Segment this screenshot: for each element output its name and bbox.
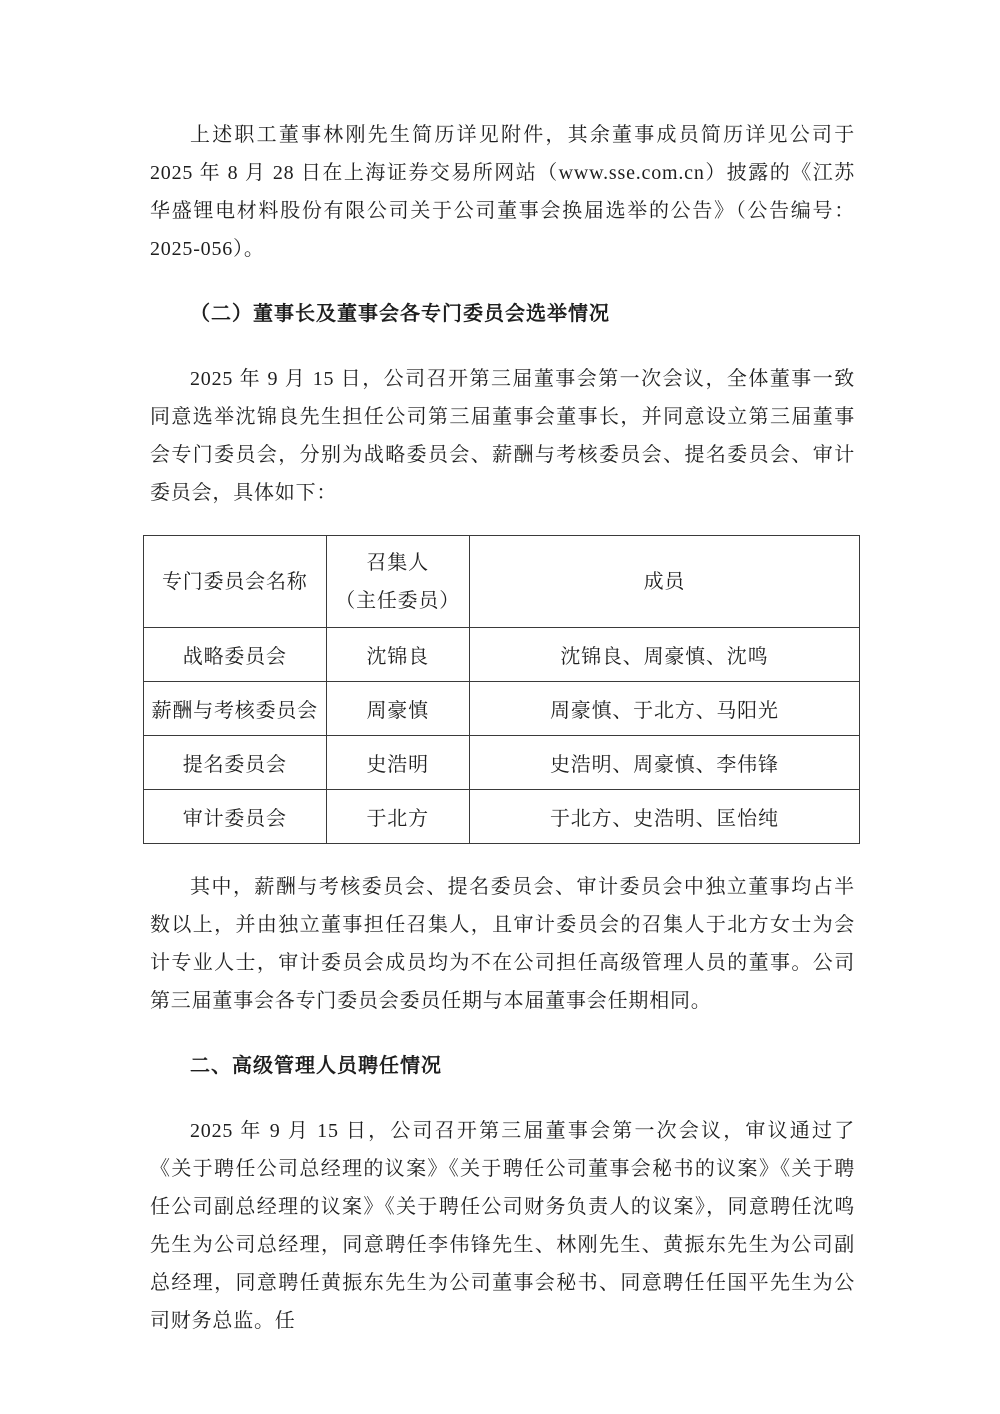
cell-convener: 沈锦良 — [326, 628, 469, 682]
cell-convener: 于北方 — [326, 790, 469, 844]
intro-paragraph: 上述职工董事林刚先生简历详见附件，其余董事成员简历详见公司于 2025 年 8 … — [150, 116, 855, 268]
header-cell-convener: 召集人 （主任委员） — [326, 536, 469, 628]
cell-committee-name: 薪酬与考核委员会 — [144, 682, 327, 736]
table-row-strategy-committee: 战略委员会 沈锦良 沈锦良、周豪慎、沈鸣 — [144, 628, 860, 682]
cell-members: 周豪慎、于北方、马阳光 — [469, 682, 859, 736]
cell-members: 史浩明、周豪慎、李伟锋 — [469, 736, 859, 790]
section-heading-board-election: （二）董事长及董事会各专门委员会选举情况 — [150, 295, 855, 333]
senior-management-paragraph: 2025 年 9 月 15 日，公司召开第三届董事会第一次会议，审议通过了《关于… — [150, 1112, 855, 1340]
cell-members: 沈锦良、周豪慎、沈鸣 — [469, 628, 859, 682]
committee-table: 专门委员会名称 召集人 （主任委员） 成员 战略委员会 沈锦良 沈锦良、周豪慎、… — [143, 535, 860, 844]
table-row-audit-committee: 审计委员会 于北方 于北方、史浩明、匡怡纯 — [144, 790, 860, 844]
cell-members: 于北方、史浩明、匡怡纯 — [469, 790, 859, 844]
table-row-remuneration-committee: 薪酬与考核委员会 周豪慎 周豪慎、于北方、马阳光 — [144, 682, 860, 736]
header-convener-label-line2: （主任委员） — [331, 582, 465, 620]
cell-committee-name: 战略委员会 — [144, 628, 327, 682]
header-committee-name-label: 专门委员会名称 — [162, 571, 308, 593]
document-page: 上述职工董事林刚先生简历详见附件，其余董事成员简历详见公司于 2025 年 8 … — [0, 0, 1000, 1414]
header-cell-members: 成员 — [469, 536, 859, 628]
committee-table-header-row: 专门委员会名称 召集人 （主任委员） 成员 — [144, 536, 860, 628]
header-cell-committee-name: 专门委员会名称 — [144, 536, 327, 628]
cell-convener: 周豪慎 — [326, 682, 469, 736]
independence-note-paragraph: 其中，薪酬与考核委员会、提名委员会、审计委员会中独立董事均占半数以上，并由独立董… — [150, 868, 855, 1020]
board-election-paragraph: 2025 年 9 月 15 日，公司召开第三届董事会第一次会议，全体董事一致同意… — [150, 360, 855, 512]
cell-convener: 史浩明 — [326, 736, 469, 790]
header-members-label: 成员 — [644, 571, 686, 593]
cell-committee-name: 审计委员会 — [144, 790, 327, 844]
header-convener-label-line1: 召集人 — [331, 544, 465, 582]
section-heading-senior-management: 二、高级管理人员聘任情况 — [150, 1047, 855, 1085]
cell-committee-name: 提名委员会 — [144, 736, 327, 790]
table-row-nomination-committee: 提名委员会 史浩明 史浩明、周豪慎、李伟锋 — [144, 736, 860, 790]
